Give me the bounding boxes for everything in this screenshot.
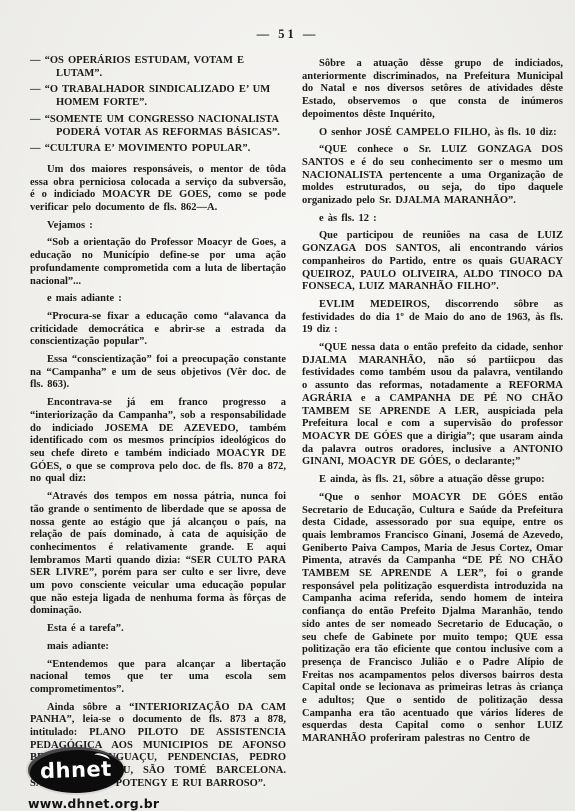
quoted-paragraph: “Entendemos que para alcançar a libertaç… [30, 659, 286, 697]
paragraph: Essa “conscientização” foi a preocupação… [30, 354, 286, 392]
paragraph-lead-in: Vejamos : [30, 220, 286, 233]
paragraph: EVLIM MEDEIROS, discorrendo sôbre as fes… [302, 299, 563, 337]
paragraph: Sôbre a atuação dêsse grupo de indiciado… [302, 58, 563, 122]
slogan-item: — “OS OPERÁRIOS ESTUDAM, VOTAM E LUTAM”. [30, 55, 286, 80]
quote-closing-line: Esta é a tarefa”. [30, 623, 286, 636]
paragraph: O senhor JOSÉ CAMPELO FILHO, às fls. 10 … [302, 127, 563, 140]
quoted-paragraph: “Através dos tempos em nossa pátria, nun… [30, 491, 286, 618]
quoted-paragraph: “QUE nessa data o então prefeito da cida… [302, 342, 563, 469]
quoted-paragraph: “Sob a orientação do Professor Moacyr de… [30, 237, 286, 288]
dhnet-logo: dhnet [28, 747, 124, 793]
dhnet-logo-block: dhnet www.dhnet.org.br [28, 747, 159, 811]
dhnet-url: www.dhnet.org.br [28, 796, 159, 811]
paragraph: E ainda, às fls. 21, sôbre a atuação dês… [302, 474, 563, 487]
two-column-layout: — “OS OPERÁRIOS ESTUDAM, VOTAM E LUTAM”.… [0, 42, 575, 796]
right-column: Sôbre a atuação dêsse grupo de indiciado… [302, 55, 563, 796]
quoted-paragraph: “QUE conhece o Sr. LUIZ GONZAGA DOS SANT… [302, 144, 563, 208]
paragraph-lead-in: e às fls. 12 : [302, 213, 563, 226]
paragraph: Encontrava-se já em franco progresso a “… [30, 397, 286, 486]
left-column: — “OS OPERÁRIOS ESTUDAM, VOTAM E LUTAM”.… [30, 55, 286, 796]
quoted-paragraph: “Que o senhor MOACYR DE GÓES então Secre… [302, 492, 563, 746]
quoted-paragraph: “Procura-se fixar a educação como “alava… [30, 311, 286, 349]
dhnet-logo-text: dhnet [40, 757, 113, 783]
paragraph-lead-in: e mais adiante : [30, 293, 286, 306]
slogan-item: — “SOMENTE UM CONGRESSO NACIONALISTA POD… [30, 114, 286, 139]
page-number: — 51 — [0, 0, 575, 42]
paragraph: Um dos maiores responsáveis, o mentor de… [30, 164, 286, 215]
slogan-list: — “OS OPERÁRIOS ESTUDAM, VOTAM E LUTAM”.… [30, 55, 286, 156]
quoted-paragraph: Que participou de reuniões na casa de LU… [302, 230, 563, 294]
slogan-item: — “CULTURA E’ MOVIMENTO POPULAR”. [30, 143, 286, 156]
paragraph-lead-in: mais adiante: [30, 641, 286, 654]
slogan-item: — “O TRABALHADOR SINDICALIZADO E’ UM HOM… [30, 84, 286, 109]
scanned-document-page: — 51 — — “OS OPERÁRIOS ESTUDAM, VOTAM E … [0, 0, 575, 811]
